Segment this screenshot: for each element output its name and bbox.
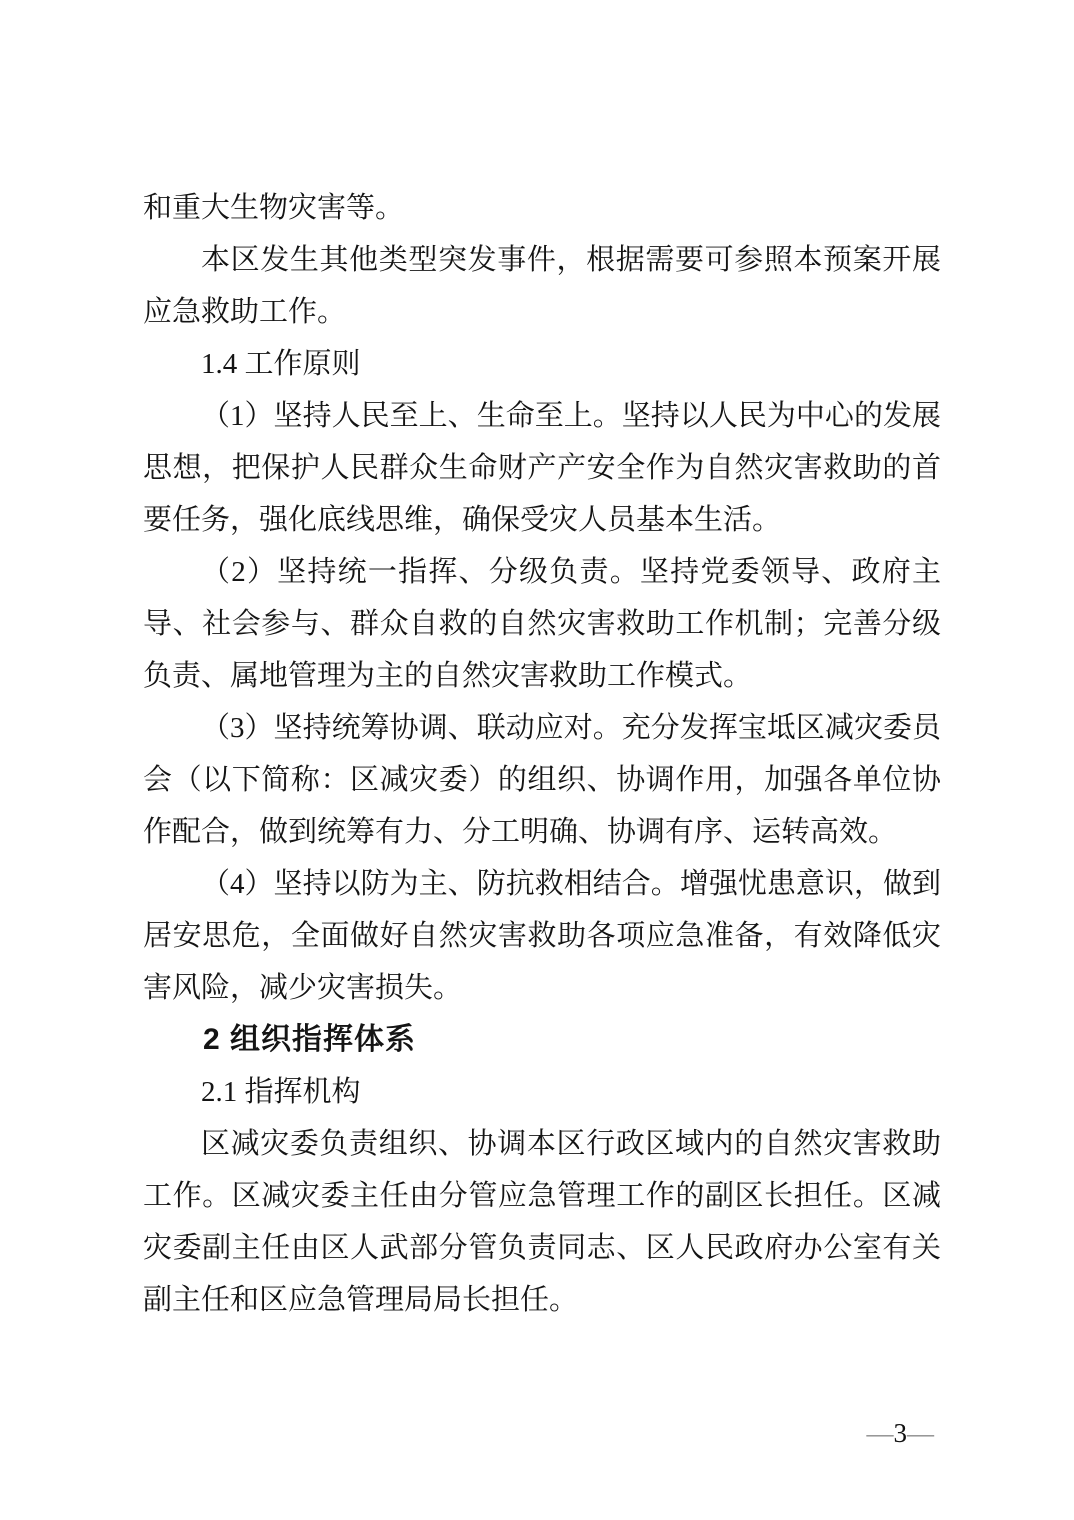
section-heading-1-4: 1.4 工作原则 [143, 338, 941, 390]
paragraph-principle-1: （1）坚持人民至上、生命至上。坚持以人民为中心的发展思想，把保护人民群众生命财产… [143, 390, 941, 546]
document-page: 和重大生物灾害等。 本区发生其他类型突发事件，根据需要可参照本预案开展应急救助工… [0, 0, 1074, 1520]
chapter-heading-2: 2 组织指挥体系 [143, 1014, 941, 1066]
paragraph-continuation: 和重大生物灾害等。 [143, 182, 941, 234]
paragraph-principle-4: （4）坚持以防为主、防抗救相结合。增强忧患意识，做到居安思危，全面做好自然灾害救… [143, 858, 941, 1014]
page-number-dash-left: — [867, 1418, 894, 1448]
page-number: —3— [867, 1418, 935, 1448]
section-heading-2-1: 2.1 指挥机构 [143, 1066, 941, 1118]
document-body: 和重大生物灾害等。 本区发生其他类型突发事件，根据需要可参照本预案开展应急救助工… [143, 182, 941, 1326]
page-number-dash-right: — [907, 1418, 934, 1448]
paragraph-principle-3: （3）坚持统筹协调、联动应对。充分发挥宝坻区减灾委员会（以下简称：区减灾委）的组… [143, 702, 941, 858]
paragraph-principle-2: （2）坚持统一指挥、分级负责。坚持党委领导、政府主导、社会参与、群众自救的自然灾… [143, 546, 941, 702]
paragraph: 区减灾委负责组织、协调本区行政区域内的自然灾害救助工作。区减灾委主任由分管应急管… [143, 1118, 941, 1326]
paragraph: 本区发生其他类型突发事件，根据需要可参照本预案开展应急救助工作。 [143, 234, 941, 338]
page-number-value: 3 [894, 1418, 908, 1448]
